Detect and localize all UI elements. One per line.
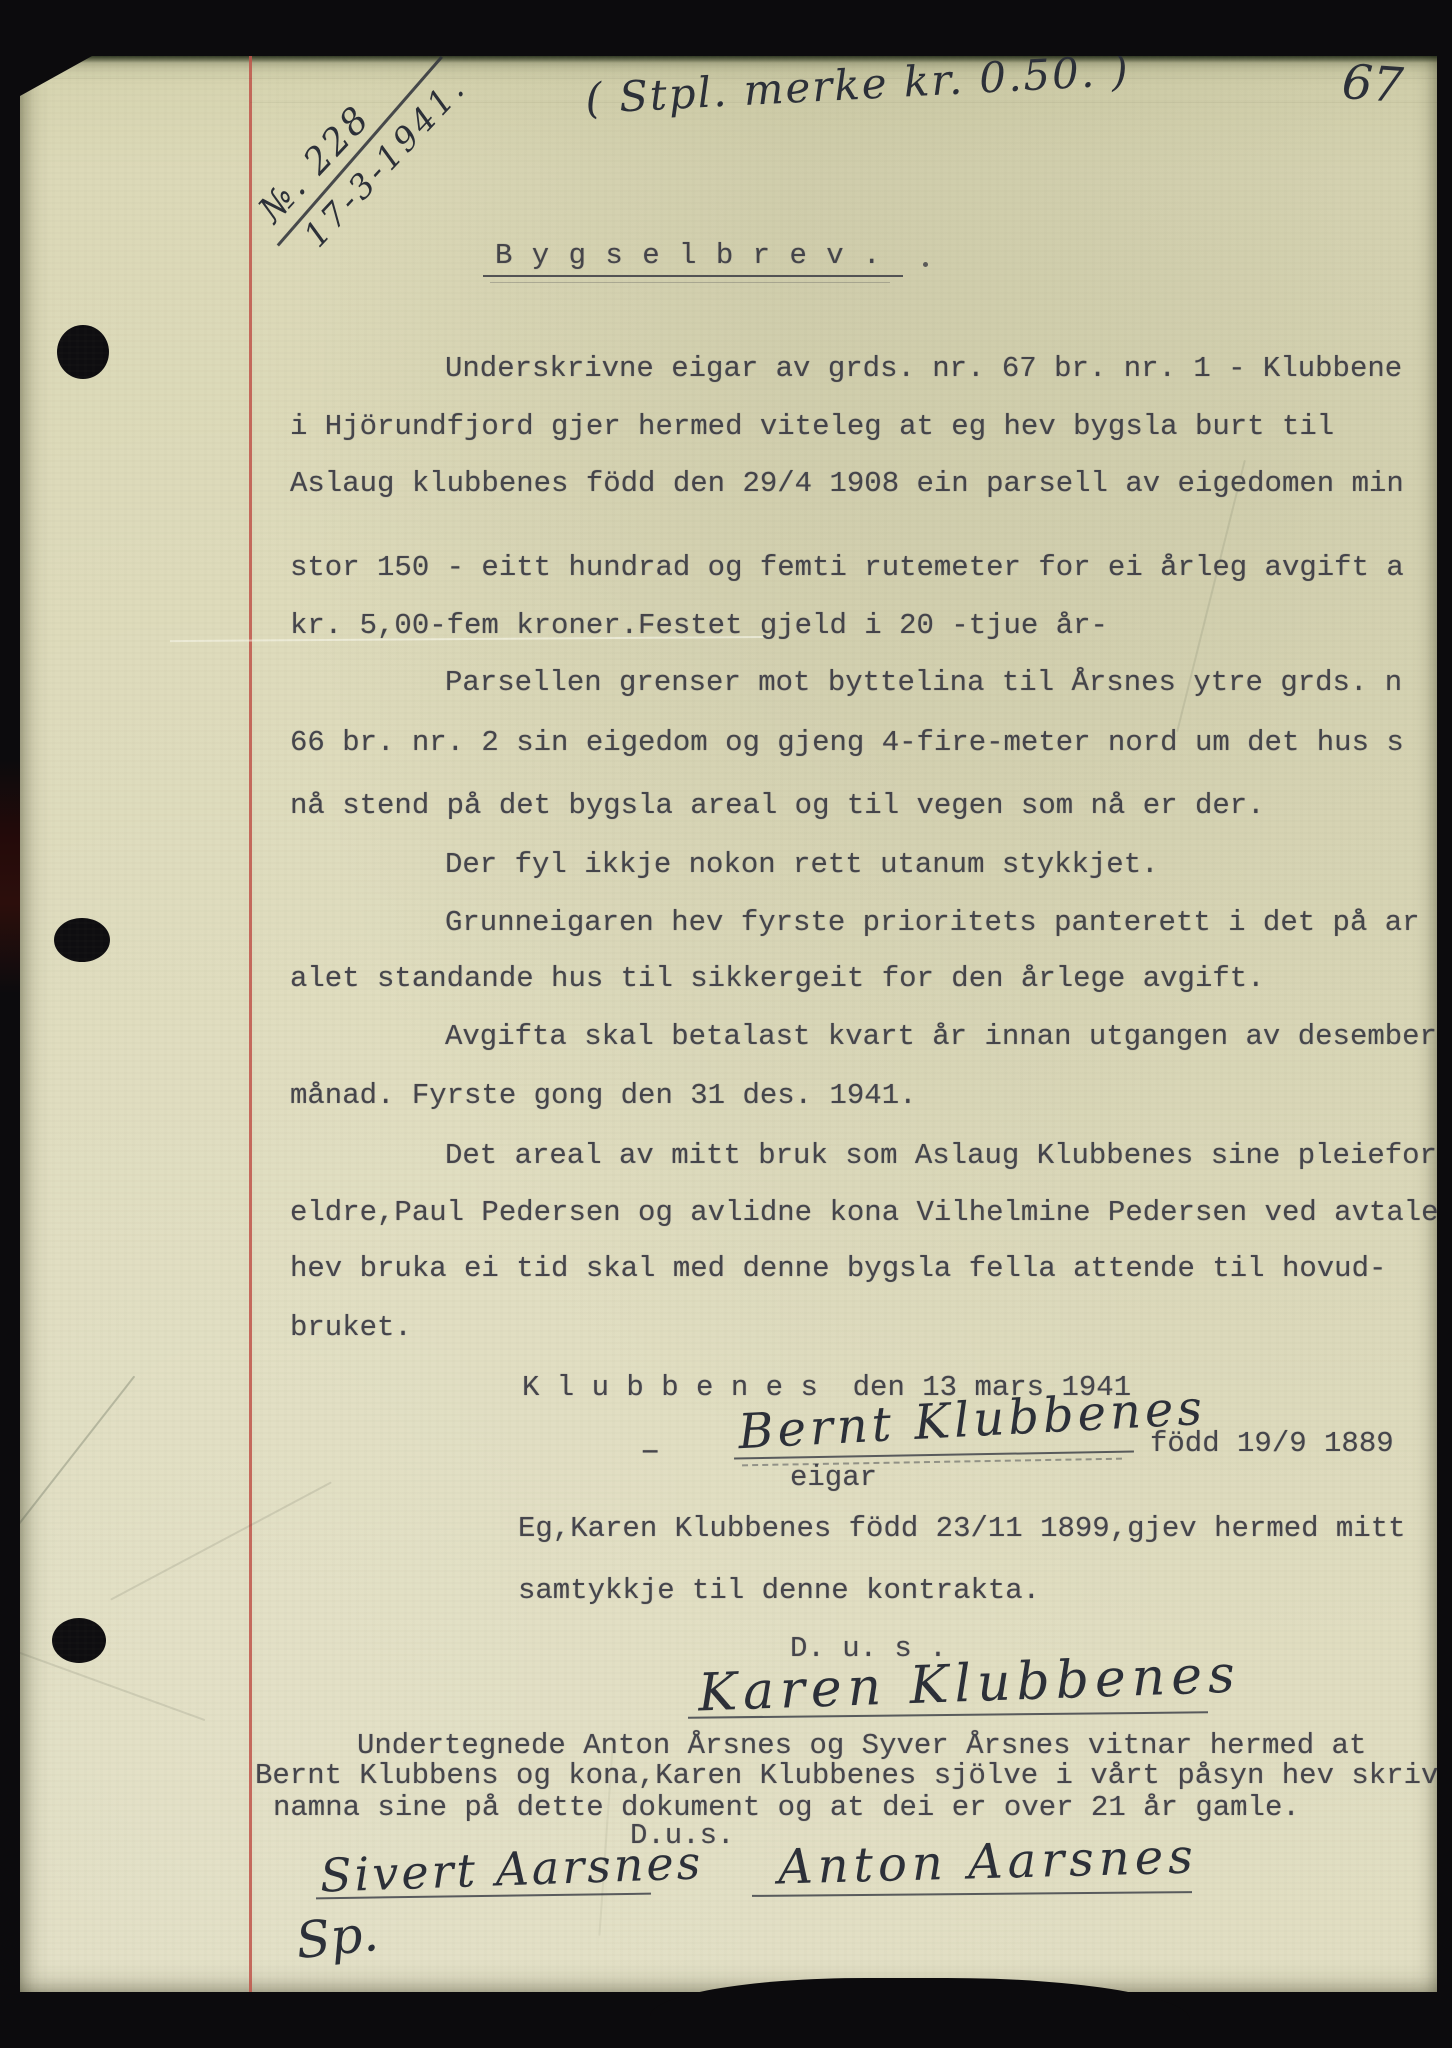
paper-scratch: [20, 1651, 205, 1721]
stray-ink-dot: [923, 262, 928, 267]
typed-line: Aslaug klubbenes född den 29/4 1908 ein …: [290, 468, 1404, 500]
owner-born-date: född 19/9 1889: [1150, 1428, 1394, 1460]
paper-scratch: [20, 1376, 135, 1527]
document-title: B y g s e l b r e v .: [495, 240, 881, 272]
witness-line: namna sine på dette dokument og at dei e…: [273, 1792, 1300, 1824]
typed-line: Parsellen grenser mot byttelina til Årsn…: [445, 667, 1402, 699]
typed-line: månad. Fyrste gong den 31 des. 1941.: [290, 1080, 917, 1112]
archive-scan: { "colors": { "background": "#0c0b0d", "…: [0, 0, 1452, 2048]
typed-line: nå stend på det bygsla areal og til vege…: [290, 790, 1265, 822]
typed-line: 66 br. nr. 2 sin eigedom og gjeng 4-fire…: [290, 727, 1404, 759]
typed-line: Underskrivne eigar av grds. nr. 67 br. n…: [445, 353, 1402, 385]
owner-role-label: eigar: [790, 1462, 877, 1494]
witness-line: Bernt Klubbens og kona,Karen Klubbenes s…: [255, 1760, 1437, 1792]
typed-line: Avgifta skal betalast kvart år innan utg…: [445, 1021, 1437, 1053]
typed-line: stor 150 - eitt hundrad og femti rutemet…: [290, 552, 1404, 584]
film-edge-artifact: [0, 760, 22, 1020]
typed-line: alet standande hus til sikkergeit for de…: [290, 963, 1265, 995]
typed-line: eldre,Paul Pedersen og avlidne kona Vilh…: [290, 1197, 1437, 1229]
punch-hole: [54, 918, 110, 962]
typed-line: i Hjörundfjord gjer hermed viteleg at eg…: [290, 411, 1334, 443]
photo-background: №. 228 17-3-1941. ( Stpl. merke kr. 0.50…: [0, 0, 1452, 2048]
typed-line: kr. 5,00-fem kroner.Festet gjeld i 20 -t…: [290, 610, 1108, 642]
stamp-fee-note: ( Stpl. merke kr. 0.50. ): [584, 56, 1131, 123]
typed-line: hev bruka ei tid skal med denne bygsla f…: [290, 1253, 1386, 1285]
punch-hole: [52, 1618, 106, 1663]
consent-line: samtykkje til denne kontrakta.: [518, 1575, 1040, 1607]
title-underline-ghost: [490, 282, 890, 283]
paper-scratch: [110, 1481, 332, 1600]
film-edge: [650, 1978, 1190, 2048]
page-number: 67: [1340, 56, 1405, 114]
typed-line: Der fyl ikkje nokon rett utanum stykkjet…: [445, 849, 1159, 881]
clerk-initials: Sp.: [293, 1904, 381, 1970]
typed-line: Det areal av mitt bruk som Aslaug Klubbe…: [445, 1140, 1437, 1172]
signature-dash: –: [640, 1434, 660, 1471]
document-page: №. 228 17-3-1941. ( Stpl. merke kr. 0.50…: [20, 56, 1437, 1992]
punch-hole: [57, 325, 109, 379]
typed-line: bruket.: [290, 1312, 412, 1344]
journal-number-annotation: №. 228 17-3-1941.: [222, 56, 485, 295]
signature-anton-aarsnes: Anton Aarsnes: [777, 1829, 1198, 1896]
witness-line: Undertegnede Anton Årsnes og Syver Årsne…: [357, 1730, 1366, 1762]
typed-line: Grunneigaren hev fyrste prioritets pante…: [445, 907, 1420, 939]
margin-rule: [249, 56, 252, 1992]
title-underline: [483, 275, 903, 277]
consent-line: Eg,Karen Klubbenes född 23/11 1899,gjev …: [518, 1513, 1406, 1545]
